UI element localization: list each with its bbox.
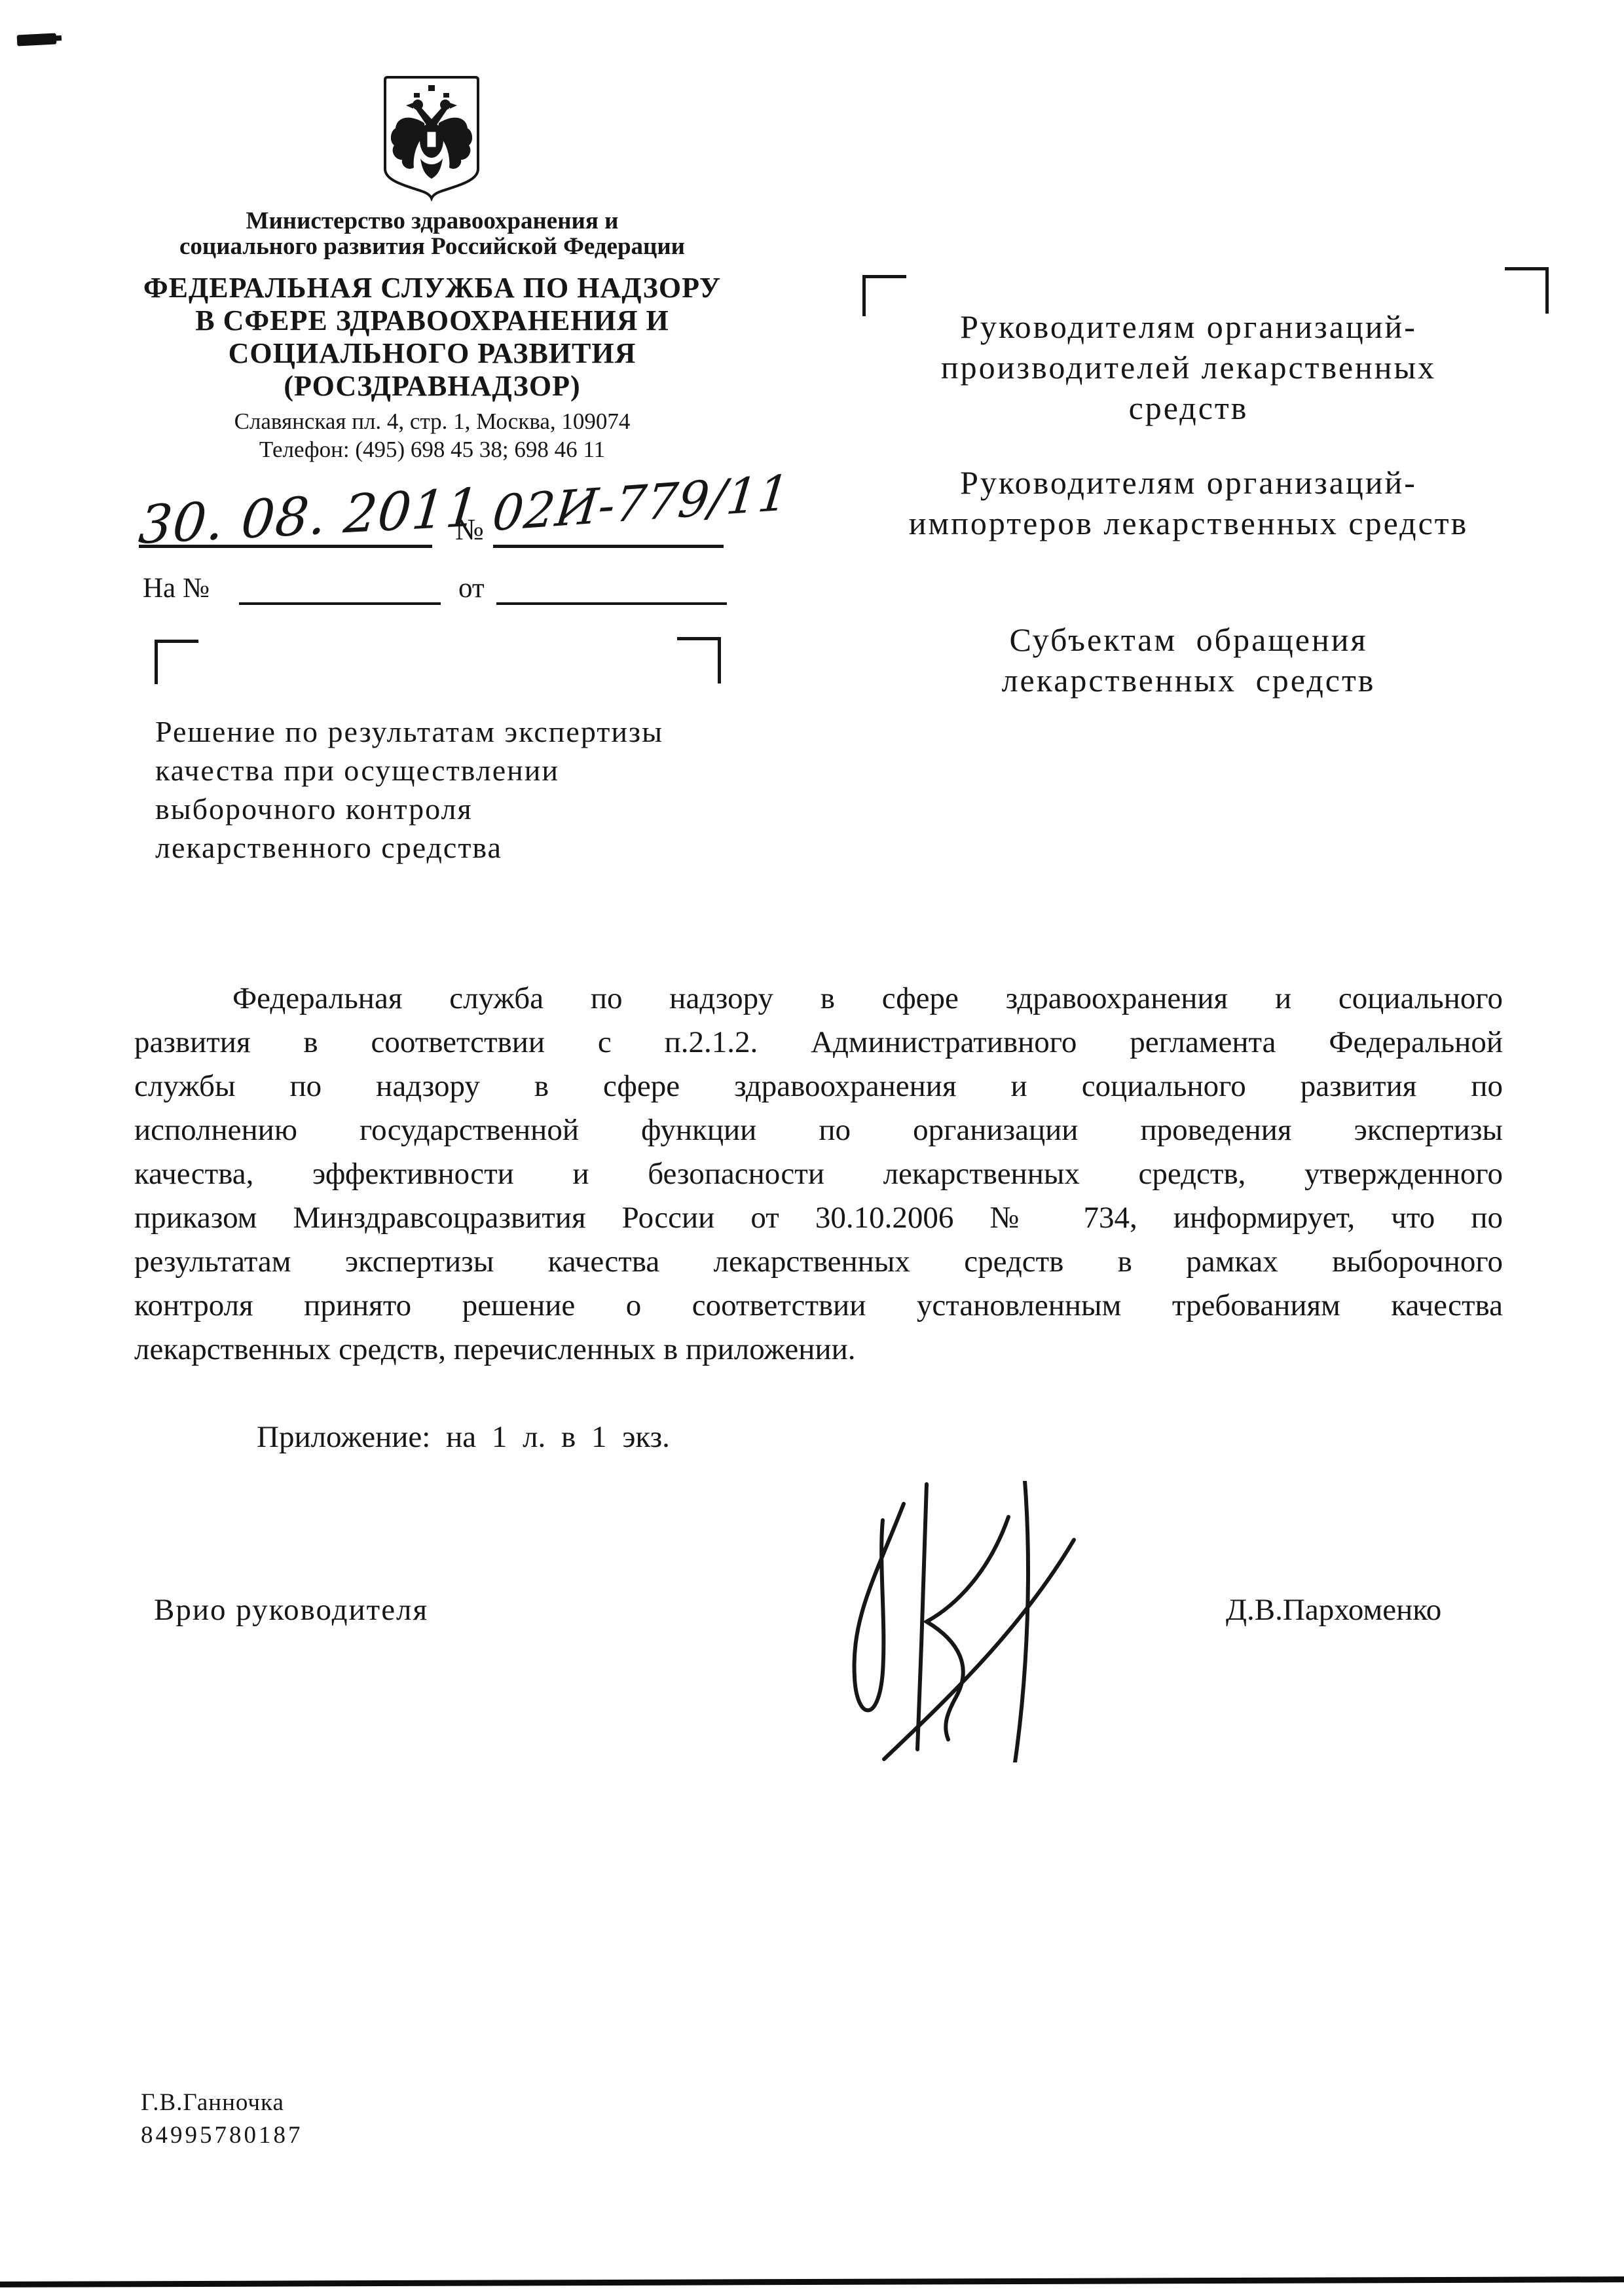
ministry-name-line: Министерство здравоохранения и <box>105 208 760 234</box>
agency-name: ФЕДЕРАЛЬНАЯ СЛУЖБА ПО НАДЗОРУ В СФЕРЕ ЗД… <box>105 272 760 403</box>
executor-name: Г.В.Ганночка <box>141 2088 284 2117</box>
body-line: лекарственных средств, перечисленных в п… <box>134 1328 1503 1372</box>
addressee-line: импортеров лекарственных средств <box>828 503 1549 543</box>
signer-name: Д.В.Пархоменко <box>1226 1592 1441 1628</box>
attachment-note: Приложение: на 1 л. в 1 экз. <box>257 1419 670 1455</box>
addressee-line: производителей лекарственных <box>828 347 1549 388</box>
scanned-letter-page: Министерство здравоохранения и социально… <box>0 0 1624 2296</box>
agency-name-line: СОЦИАЛЬНОГО РАЗВИТИЯ <box>105 337 760 370</box>
number-underline <box>493 545 724 548</box>
addressee-line: Руководителям организаций- <box>828 462 1549 503</box>
body-line: службы по надзору в сфере здравоохранени… <box>134 1065 1503 1108</box>
coat-of-arms-icon <box>378 73 485 203</box>
signer-position: Врио руководителя <box>154 1592 428 1628</box>
letter-subject: Решение по результатам экспертизы качест… <box>155 712 692 867</box>
executor-phone: 84995780187 <box>141 2121 303 2149</box>
agency-name-line: ФЕДЕРАЛЬНАЯ СЛУЖБА ПО НАДЗОРУ <box>105 272 760 304</box>
agency-phone: Телефон: (495) 698 45 38; 698 46 11 <box>105 437 760 463</box>
reply-to-date-label: от <box>458 572 485 604</box>
subject-line: лекарственного средства <box>155 828 692 867</box>
letter-body: Федеральная служба по надзору в сфере зд… <box>134 977 1503 1372</box>
addressee-line: средств <box>828 388 1549 428</box>
subject-line: выборочного контроля <box>155 790 692 828</box>
body-line: исполнению государственной функции по ор… <box>134 1108 1503 1152</box>
body-line: развития в соответствии с п.2.1.2. Админ… <box>134 1021 1503 1065</box>
signature-icon <box>799 1481 1139 1762</box>
addressee-group-circulation-subjects: Субъектам обращения лекарственных средст… <box>828 619 1549 701</box>
scan-artifact-mark <box>17 33 57 46</box>
agency-name-line: (РОСЗДРАВНАДЗОР) <box>105 370 760 403</box>
addressee-line: лекарственных средств <box>828 660 1549 701</box>
outgoing-number-handwritten: 02И-779/11 <box>490 465 792 543</box>
agency-address: Славянская пл. 4, стр. 1, Москва, 109074 <box>105 409 760 435</box>
reply-date-underline <box>496 602 727 605</box>
scan-edge-line <box>0 2276 1624 2287</box>
addressee-group-importers: Руководителям организаций- импортеров ле… <box>828 462 1549 543</box>
body-line: качества, эффективности и безопасности л… <box>134 1152 1503 1196</box>
body-line: приказом Минздравсоцразвития России от 3… <box>134 1196 1503 1240</box>
ministry-name: Министерство здравоохранения и социально… <box>105 208 760 259</box>
number-sign: № <box>455 512 484 547</box>
date-underline <box>139 545 432 548</box>
subject-line: качества при осуществлении <box>155 751 692 790</box>
body-line: результатам экспертизы качества лекарств… <box>134 1240 1503 1284</box>
body-line: контроля принято решение о соответствии … <box>134 1284 1503 1328</box>
subject-corner-bracket-right <box>677 637 721 683</box>
addressee-line: Субъектам обращения <box>828 619 1549 660</box>
body-line: Федеральная служба по надзору в сфере зд… <box>134 977 1503 1021</box>
reply-to-number-label: На № <box>143 572 210 604</box>
subject-corner-bracket-left <box>155 640 198 684</box>
addressee-line: Руководителям организаций- <box>828 306 1549 347</box>
outgoing-date-handwritten: 30. 08. 2011 <box>136 477 482 556</box>
addressee-group-manufacturers: Руководителям организаций- производителе… <box>828 306 1549 428</box>
ministry-name-line: социального развития Российской Федераци… <box>105 234 760 259</box>
agency-name-line: В СФЕРЕ ЗДРАВООХРАНЕНИЯ И <box>105 304 760 337</box>
subject-line: Решение по результатам экспертизы <box>155 712 692 751</box>
reply-number-underline <box>239 602 441 605</box>
